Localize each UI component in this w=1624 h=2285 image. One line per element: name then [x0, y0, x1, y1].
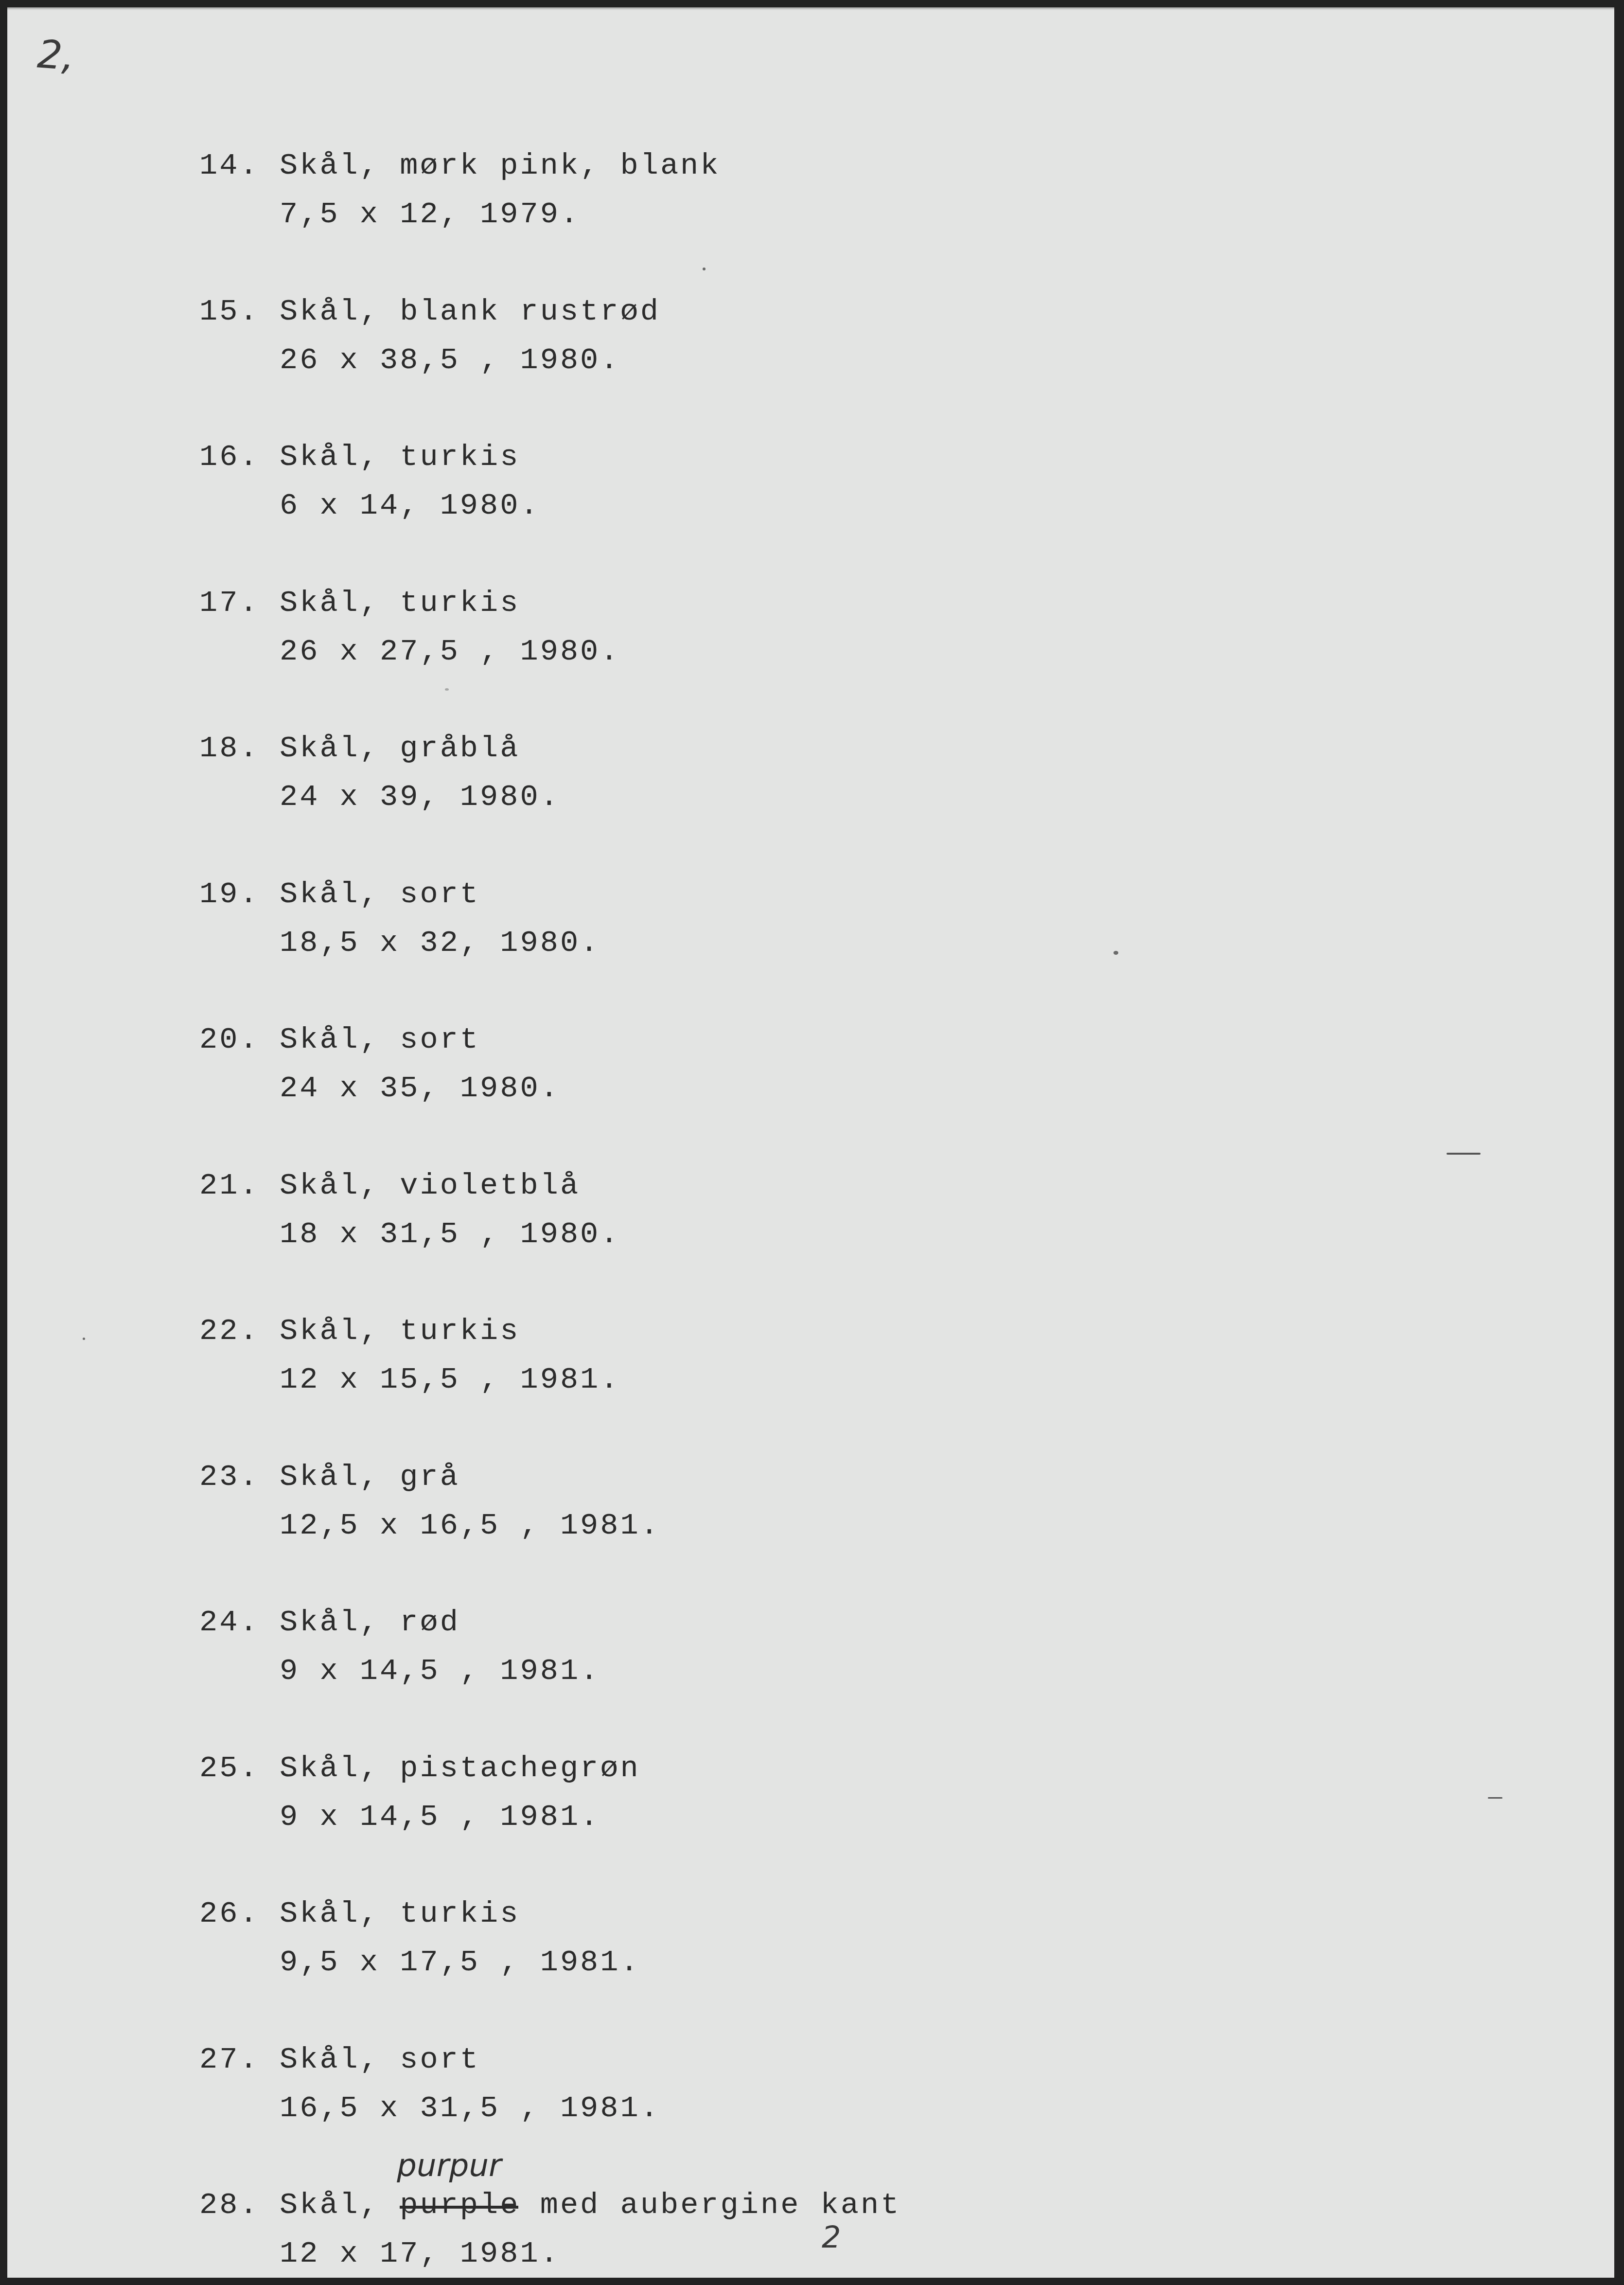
item-number: 26. [199, 1896, 260, 1931]
item-number: 16. [199, 440, 260, 474]
struck-word: purplepurpur [400, 2188, 520, 2222]
item-dimensions: 26 x 38,5 , 1980. [280, 343, 620, 377]
item-title: Skål, sort [280, 2042, 480, 2077]
item-title: Skål, turkis [280, 586, 520, 620]
item-number: 19. [199, 877, 260, 911]
item-number: 28. [199, 2188, 260, 2222]
item-title: Skål, turkis [280, 440, 520, 474]
item-number: 21. [199, 1168, 260, 1203]
item-dimensions: 7,5 x 12, 1979. [280, 197, 580, 232]
item-number: 24. [199, 1605, 260, 1640]
item-title: Skål, rød [280, 1605, 460, 1640]
scan-mark [1488, 1797, 1502, 1799]
item-number: 23. [199, 1460, 260, 1494]
item-dimensions: 18,5 x 32, 1980. [280, 926, 600, 960]
scan-mark [1447, 1153, 1481, 1155]
handwritten-correction: purpur [397, 2148, 501, 2184]
item-dimensions: 12,5 x 16,5 , 1981. [280, 1508, 660, 1543]
item-title: Skål, blank rustrød [280, 294, 660, 329]
handwritten-page-number-top: 2, [36, 31, 76, 79]
item-title: Skål, pistachegrøn [280, 1751, 640, 1785]
item-number: 17. [199, 586, 260, 620]
item-dimensions: 18 x 31,5 , 1980. [280, 1217, 620, 1251]
item-title-prefix: Skål, [280, 2188, 400, 2222]
item-dimensions: 12 x 15,5 , 1981. [280, 1362, 620, 1397]
item-dimensions: 26 x 27,5 , 1980. [280, 634, 620, 669]
item-dimensions: 24 x 35, 1980. [280, 1071, 560, 1106]
item-title: Skål, violetblå [280, 1168, 580, 1203]
item-title: Skål, turkis [280, 1896, 520, 1931]
item-number: 14. [199, 148, 260, 183]
handwritten-page-number-bottom: 2 [822, 2219, 841, 2255]
scan-speck [83, 1338, 85, 1340]
item-title-suffix: med aubergine kant [520, 2188, 901, 2222]
item-number: 20. [199, 1022, 260, 1057]
item-dimensions: 6 x 14, 1980. [280, 488, 540, 523]
item-number: 18. [199, 731, 260, 766]
item-number: 15. [199, 294, 260, 329]
item-title: Skål, sort [280, 1022, 480, 1057]
item-number: 27. [199, 2042, 260, 2077]
item-number: 22. [199, 1314, 260, 1348]
item-dimensions: 9 x 14,5 , 1981. [280, 1800, 600, 1834]
item-dimensions: 9,5 x 17,5 , 1981. [280, 1945, 640, 1980]
item-number: 25. [199, 1751, 260, 1785]
item-dimensions: 16,5 x 31,5 , 1981. [280, 2091, 660, 2125]
item-title: Skål, turkis [280, 1314, 520, 1348]
scan-speck [1113, 951, 1118, 955]
item-dimensions: 12 x 17, 1981. [280, 2236, 560, 2271]
item-title: Skål, purplepurpur med aubergine kant [280, 2188, 900, 2222]
item-title: Skål, sort [280, 877, 480, 911]
scan-speck [445, 688, 449, 691]
struck-word-text: purple [400, 2188, 520, 2222]
item-title: Skål, mørk pink, blank [280, 148, 721, 183]
document-page: 2, 14.Skål, mørk pink, blank7,5 x 12, 19… [7, 7, 1614, 2278]
item-title: Skål, grå [280, 1460, 460, 1494]
item-title: Skål, gråblå [280, 731, 520, 766]
item-dimensions: 24 x 39, 1980. [280, 780, 560, 814]
scan-speck [703, 268, 706, 270]
item-dimensions: 9 x 14,5 , 1981. [280, 1654, 600, 1688]
